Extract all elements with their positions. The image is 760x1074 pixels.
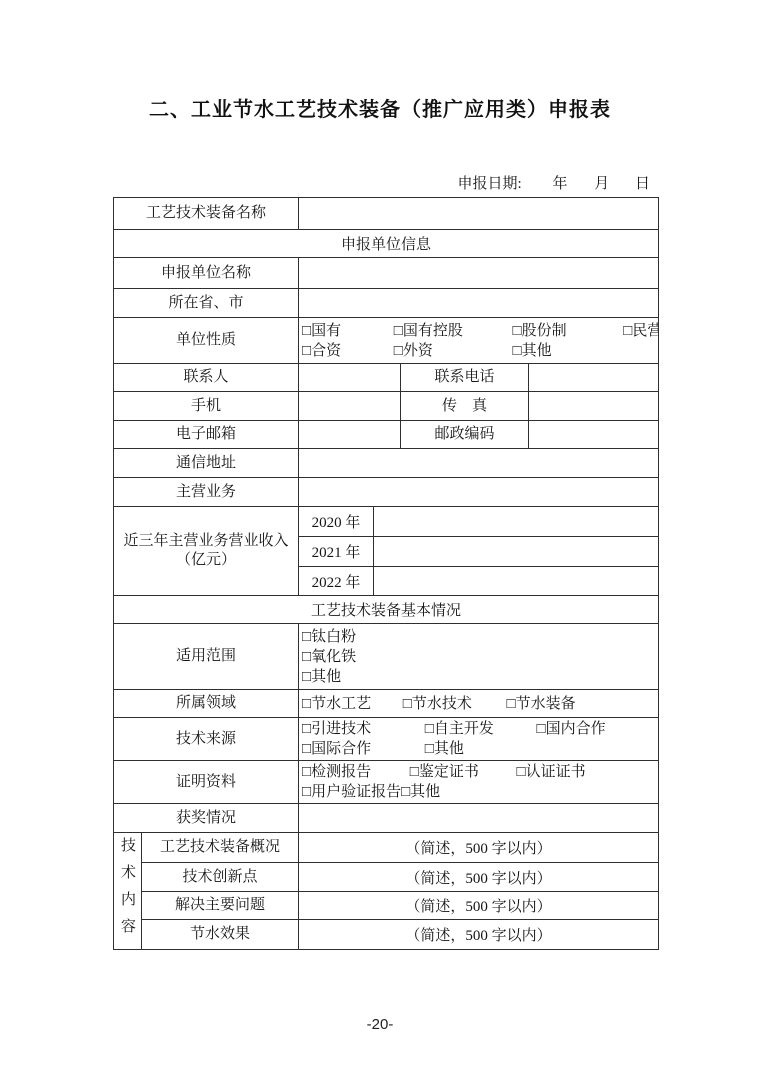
- row-unit-nature: 单位性质 □国有 □国有控股 □股份制 □民营 □合资 □外资 □其他: [114, 318, 659, 364]
- opt-water-saving-process: □节水工艺: [302, 694, 399, 714]
- opt-iron-oxide: □氧化铁: [302, 647, 656, 667]
- date-day-label: 日: [635, 176, 650, 192]
- row-mailing-address: 通信地址: [114, 449, 659, 478]
- opt-domestic-cooperation: □国内合作: [537, 719, 606, 739]
- fax-label: 传 真: [401, 392, 529, 421]
- innovation-points-value-cell: （简述，500 字以内）: [299, 863, 659, 892]
- row-contact: 联系人 联系电话: [114, 364, 659, 392]
- row-province-city: 所在省、市: [114, 289, 659, 318]
- row-equipment-overview: 技术内容 工艺技术装备概况 （简述，500 字以内）: [114, 833, 659, 863]
- unit-nature-options-line1: □国有 □国有控股 □股份制 □民营: [302, 321, 656, 341]
- problems-solved-value-cell: （简述，500 字以内）: [299, 892, 659, 920]
- opt-water-saving-equipment: □节水装备: [507, 694, 576, 714]
- opt-imported-tech: □引进技术: [302, 719, 421, 739]
- revenue-label: 近三年主营业务营业收入 （亿元）: [114, 507, 299, 596]
- water-saving-effect-label: 节水效果: [142, 920, 299, 950]
- source-options-line2: □国际合作 □其他: [302, 739, 656, 759]
- row-basic-section: 工艺技术装备基本情况: [114, 596, 659, 624]
- row-proof: 证明资料 □检测报告 □鉴定证书 □认证证书 □用户验证报告□其他: [114, 761, 659, 804]
- contact-person-value-cell: [299, 364, 401, 392]
- opt-joint-venture: □合资: [302, 341, 390, 361]
- row-revenue-2020: 近三年主营业务营业收入 （亿元） 2020 年: [114, 507, 659, 537]
- row-water-saving-effect: 节水效果 （简述，500 字以内）: [114, 920, 659, 950]
- mobile-value-cell: [299, 392, 401, 421]
- awards-label: 获奖情况: [114, 804, 299, 833]
- opt-nature-other: □其他: [513, 341, 552, 361]
- mailing-address-label: 通信地址: [114, 449, 299, 478]
- postal-code-value-cell: [529, 421, 659, 449]
- problems-solved-label: 解决主要问题: [142, 892, 299, 920]
- scope-options-cell: □钛白粉 □氧化铁 □其他: [299, 624, 659, 690]
- page-number: -20-: [0, 1016, 760, 1033]
- opt-self-developed: □自主开发: [425, 719, 533, 739]
- fax-value-cell: [529, 392, 659, 421]
- row-mobile-fax: 手机 传 真: [114, 392, 659, 421]
- opt-water-saving-technology: □节水技术: [403, 694, 503, 714]
- province-city-value-cell: [299, 289, 659, 318]
- scope-label: 适用范围: [114, 624, 299, 690]
- row-field: 所属领域 □节水工艺 □节水技术 □节水装备: [114, 690, 659, 718]
- row-equipment-name: 工艺技术装备名称: [114, 198, 659, 230]
- row-applicant-name: 申报单位名称: [114, 258, 659, 289]
- equipment-name-value-cell: [299, 198, 659, 230]
- year-2022-label: 2022 年: [299, 567, 374, 596]
- contact-person-label: 联系人: [114, 364, 299, 392]
- contact-phone-value-cell: [529, 364, 659, 392]
- opt-state-owned: □国有: [302, 321, 390, 341]
- field-options-line: □节水工艺 □节水技术 □节水装备: [302, 694, 656, 714]
- contact-phone-label: 联系电话: [401, 364, 529, 392]
- unit-nature-options-cell: □国有 □国有控股 □股份制 □民营 □合资 □外资 □其他: [299, 318, 659, 364]
- date-year-label: 年: [552, 176, 567, 192]
- mailing-address-value-cell: [299, 449, 659, 478]
- applicant-info-section-header: 申报单位信息: [114, 230, 659, 258]
- year-2021-label: 2021 年: [299, 537, 374, 567]
- opt-scope-other: □其他: [302, 667, 656, 687]
- application-form-table: 工艺技术装备名称 申报单位信息 申报单位名称 所在省、市 单位性质 □国有 □国…: [113, 197, 659, 950]
- row-main-business: 主营业务: [114, 478, 659, 507]
- email-label: 电子邮箱: [114, 421, 299, 449]
- opt-certification-certificate: □认证证书: [517, 762, 586, 782]
- year-2021-value-cell: [374, 537, 659, 567]
- row-email-postal: 电子邮箱 邮政编码: [114, 421, 659, 449]
- date-label: 申报日期:: [458, 176, 522, 192]
- year-2020-label: 2020 年: [299, 507, 374, 537]
- proof-label: 证明资料: [114, 761, 299, 804]
- equipment-overview-value-cell: （简述，500 字以内）: [299, 833, 659, 863]
- opt-international-cooperation: □国际合作: [302, 739, 421, 759]
- opt-appraisal-certificate: □鉴定证书: [410, 762, 513, 782]
- opt-joint-stock: □股份制: [513, 321, 620, 341]
- email-value-cell: [299, 421, 401, 449]
- applicant-name-label: 申报单位名称: [114, 258, 299, 289]
- proof-options-line1: □检测报告 □鉴定证书 □认证证书: [302, 762, 656, 782]
- source-options-cell: □引进技术 □自主开发 □国内合作 □国际合作 □其他: [299, 718, 659, 761]
- equipment-overview-label: 工艺技术装备概况: [142, 833, 299, 863]
- row-scope: 适用范围 □钛白粉 □氧化铁 □其他: [114, 624, 659, 690]
- equipment-name-label: 工艺技术装备名称: [114, 198, 299, 230]
- opt-titanium-dioxide: □钛白粉: [302, 627, 656, 647]
- year-2020-value-cell: [374, 507, 659, 537]
- opt-private: □民营: [623, 321, 658, 341]
- province-city-label: 所在省、市: [114, 289, 299, 318]
- proof-options-cell: □检测报告 □鉴定证书 □认证证书 □用户验证报告□其他: [299, 761, 659, 804]
- innovation-points-label: 技术创新点: [142, 863, 299, 892]
- opt-test-report: □检测报告: [302, 762, 406, 782]
- application-date-line: 申报日期: 年 月 日: [113, 172, 658, 193]
- page-title: 二、工业节水工艺技术装备（推广应用类）申报表: [0, 0, 760, 122]
- revenue-label-line2: （亿元）: [116, 551, 296, 570]
- mobile-label: 手机: [114, 392, 299, 421]
- opt-user-verification-and-other: □用户验证报告□其他: [302, 782, 656, 802]
- main-business-value-cell: [299, 478, 659, 507]
- awards-value-cell: [299, 804, 659, 833]
- document-page: 二、工业节水工艺技术装备（推广应用类）申报表 申报日期: 年 月 日 工艺技术装…: [0, 0, 760, 1074]
- year-2022-value-cell: [374, 567, 659, 596]
- unit-nature-options-line2: □合资 □外资 □其他: [302, 341, 656, 361]
- opt-foreign-funded: □外资: [394, 341, 509, 361]
- opt-state-holding: □国有控股: [394, 321, 509, 341]
- field-label: 所属领域: [114, 690, 299, 718]
- applicant-name-value-cell: [299, 258, 659, 289]
- water-saving-effect-value-cell: （简述，500 字以内）: [299, 920, 659, 950]
- basic-info-section-header: 工艺技术装备基本情况: [114, 596, 659, 624]
- source-label: 技术来源: [114, 718, 299, 761]
- postal-code-label: 邮政编码: [401, 421, 529, 449]
- row-awards: 获奖情况: [114, 804, 659, 833]
- row-innovation-points: 技术创新点 （简述，500 字以内）: [114, 863, 659, 892]
- main-business-label: 主营业务: [114, 478, 299, 507]
- opt-source-other: □其他: [425, 739, 464, 759]
- unit-nature-label: 单位性质: [114, 318, 299, 364]
- revenue-label-line1: 近三年主营业务营业收入: [116, 532, 296, 551]
- row-source: 技术来源 □引进技术 □自主开发 □国内合作 □国际合作 □其他: [114, 718, 659, 761]
- source-options-line1: □引进技术 □自主开发 □国内合作: [302, 719, 656, 739]
- tech-content-vertical-header: 技术内容: [114, 833, 142, 950]
- date-month-label: 月: [594, 176, 609, 192]
- row-problems-solved: 解决主要问题 （简述，500 字以内）: [114, 892, 659, 920]
- field-options-cell: □节水工艺 □节水技术 □节水装备: [299, 690, 659, 718]
- row-applicant-section: 申报单位信息: [114, 230, 659, 258]
